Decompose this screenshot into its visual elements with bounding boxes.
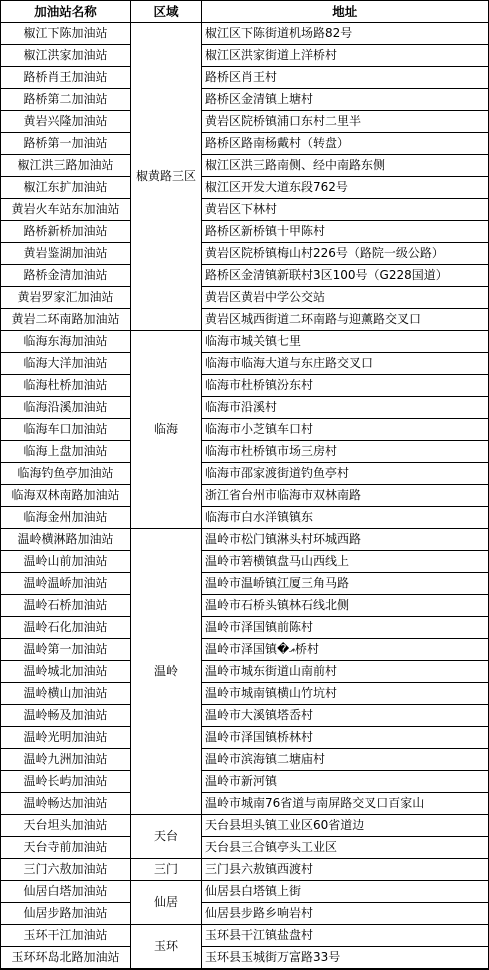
region-cell: 临海 — [131, 331, 202, 529]
station-name-cell: 临海大洋加油站 — [1, 353, 131, 375]
station-name-cell: 椒江洪家加油站 — [1, 45, 131, 67]
station-name-cell: 温岭长屿加油站 — [1, 771, 131, 793]
station-name-cell: 温岭光明加油站 — [1, 727, 131, 749]
station-name-cell: 玉环环岛北路加油站 — [1, 947, 131, 970]
station-name-cell: 三门六敖加油站 — [1, 859, 131, 881]
address-cell: 临海市沿溪村 — [202, 397, 489, 419]
table-row: 温岭城北加油站温岭市城东街道山南前村 — [1, 661, 489, 683]
station-name-cell: 天台坦头加油站 — [1, 815, 131, 837]
station-name-cell: 黄岩鉴湖加油站 — [1, 243, 131, 265]
address-cell: 温岭市城东街道山南前村 — [202, 661, 489, 683]
address-cell: 椒江区下陈街道机场路82号 — [202, 23, 489, 45]
station-name-cell: 温岭畅达加油站 — [1, 793, 131, 815]
address-cell: 温岭市温峤镇江厦三角马路 — [202, 573, 489, 595]
address-cell: 路桥区金清镇上塘村 — [202, 89, 489, 111]
address-cell: 黄岩区院桥镇梅山村226号（路院一级公路） — [202, 243, 489, 265]
table-row: 椒江下陈加油站椒黄路三区椒江区下陈街道机场路82号 — [1, 23, 489, 45]
address-cell: 路桥区路南杨戴村（转盘） — [202, 133, 489, 155]
table-row: 椒江洪家加油站椒江区洪家街道上洋桥村 — [1, 45, 489, 67]
table-row: 椒江洪三路加油站椒江区洪三路南侧、经中南路东侧 — [1, 155, 489, 177]
address-cell: 温岭市箬横镇盘马山西线上 — [202, 551, 489, 573]
address-cell: 天台县坦头镇工业区60省道边 — [202, 815, 489, 837]
table-row: 临海大洋加油站临海市临海大道与东庄路交叉口 — [1, 353, 489, 375]
region-cell: 椒黄路三区 — [131, 23, 202, 331]
table-row: 临海东海加油站临海临海市城关镇七里 — [1, 331, 489, 353]
station-name-cell: 玉环干江加油站 — [1, 925, 131, 947]
station-name-cell: 椒江东扩加油站 — [1, 177, 131, 199]
table-row: 路桥新桥加油站路桥区新桥镇十甲陈村 — [1, 221, 489, 243]
address-cell: 天台县三合镇亭头工业区 — [202, 837, 489, 859]
table-row: 黄岩鉴湖加油站黄岩区院桥镇梅山村226号（路院一级公路） — [1, 243, 489, 265]
address-cell: 椒江区洪三路南侧、经中南路东侧 — [202, 155, 489, 177]
station-name-cell: 温岭畅及加油站 — [1, 705, 131, 727]
table-row: 温岭长屿加油站温岭市新河镇 — [1, 771, 489, 793]
address-cell: 黄岩区院桥镇浦口东村二里半 — [202, 111, 489, 133]
address-cell: 路桥区新桥镇十甲陈村 — [202, 221, 489, 243]
region-cell: 玉环 — [131, 925, 202, 970]
table-row: 温岭石化加油站温岭市泽国镇前陈村 — [1, 617, 489, 639]
address-cell: 临海市临海大道与东庄路交叉口 — [202, 353, 489, 375]
station-name-cell: 温岭石化加油站 — [1, 617, 131, 639]
table-row: 仙居白塔加油站仙居仙居县白塔镇上街 — [1, 881, 489, 903]
address-cell: 三门县六敖镇西渡村 — [202, 859, 489, 881]
table-row: 临海杜桥加油站临海市杜桥镇汾东村 — [1, 375, 489, 397]
table-row: 临海上盘加油站临海市杜桥镇市场三房村 — [1, 441, 489, 463]
table-row: 临海金州加油站临海市白水洋镇镇东 — [1, 507, 489, 529]
address-cell: 临海市杜桥镇汾东村 — [202, 375, 489, 397]
header-station-name: 加油站名称 — [1, 1, 131, 23]
table-row: 温岭第一加油站温岭市泽国镇�އ桥村 — [1, 639, 489, 661]
gas-station-table: 加油站名称 区域 地址 椒江下陈加油站椒黄路三区椒江区下陈街道机场路82号椒江洪… — [0, 0, 489, 970]
header-address: 地址 — [202, 1, 489, 23]
station-name-cell: 临海杜桥加油站 — [1, 375, 131, 397]
station-name-cell: 温岭横山加油站 — [1, 683, 131, 705]
station-name-cell: 临海双林南路加油站 — [1, 485, 131, 507]
address-cell: 路桥区肖王村 — [202, 67, 489, 89]
table-row: 温岭山前加油站温岭市箬横镇盘马山西线上 — [1, 551, 489, 573]
table-row: 路桥肖王加油站路桥区肖王村 — [1, 67, 489, 89]
address-cell: 浙江省台州市临海市双林南路 — [202, 485, 489, 507]
table-row: 温岭光明加油站温岭市泽国镇桥林村 — [1, 727, 489, 749]
region-cell: 三门 — [131, 859, 202, 881]
table-row: 温岭横山加油站温岭市城南镇横山竹坑村 — [1, 683, 489, 705]
table-body: 椒江下陈加油站椒黄路三区椒江区下陈街道机场路82号椒江洪家加油站椒江区洪家街道上… — [1, 23, 489, 970]
table-row: 玉环干江加油站玉环玉环县干江镇盐盘村 — [1, 925, 489, 947]
station-name-cell: 天台寺前加油站 — [1, 837, 131, 859]
address-cell: 玉环县干江镇盐盘村 — [202, 925, 489, 947]
station-name-cell: 临海金州加油站 — [1, 507, 131, 529]
station-name-cell: 临海东海加油站 — [1, 331, 131, 353]
station-name-cell: 温岭第一加油站 — [1, 639, 131, 661]
station-name-cell: 路桥新桥加油站 — [1, 221, 131, 243]
address-cell: 临海市邵家渡街道钓鱼亭村 — [202, 463, 489, 485]
address-cell: 温岭市大溪镇塔岙村 — [202, 705, 489, 727]
table-row: 温岭畅及加油站温岭市大溪镇塔岙村 — [1, 705, 489, 727]
station-name-cell: 黄岩罗家汇加油站 — [1, 287, 131, 309]
address-cell: 温岭市城南76省道与南屏路交叉口百家山 — [202, 793, 489, 815]
station-name-cell: 临海钓鱼亭加油站 — [1, 463, 131, 485]
address-cell: 黄岩区城西街道二环南路与迎薰路交叉口 — [202, 309, 489, 331]
header-row: 加油站名称 区域 地址 — [1, 1, 489, 23]
station-name-cell: 仙居白塔加油站 — [1, 881, 131, 903]
station-name-cell: 路桥第二加油站 — [1, 89, 131, 111]
address-cell: 温岭市松门镇淋头村环城西路 — [202, 529, 489, 551]
address-cell: 温岭市泽国镇桥林村 — [202, 727, 489, 749]
station-name-cell: 路桥肖王加油站 — [1, 67, 131, 89]
table-row: 三门六敖加油站三门三门县六敖镇西渡村 — [1, 859, 489, 881]
address-cell: 临海市白水洋镇镇东 — [202, 507, 489, 529]
region-cell: 仙居 — [131, 881, 202, 925]
table-row: 临海车口加油站临海市小芝镇车口村 — [1, 419, 489, 441]
table-row: 天台寺前加油站天台县三合镇亭头工业区 — [1, 837, 489, 859]
station-name-cell: 温岭温峤加油站 — [1, 573, 131, 595]
table-row: 仙居步路加油站仙居县步路乡响岩村 — [1, 903, 489, 925]
table-row: 黄岩兴隆加油站黄岩区院桥镇浦口东村二里半 — [1, 111, 489, 133]
region-cell: 天台 — [131, 815, 202, 859]
address-cell: 路桥区金清镇新联村3区100号（G228国道） — [202, 265, 489, 287]
address-cell: 温岭市滨海镇二塘庙村 — [202, 749, 489, 771]
table-row: 椒江东扩加油站椒江区开发大道东段762号 — [1, 177, 489, 199]
station-name-cell: 路桥金清加油站 — [1, 265, 131, 287]
address-cell: 椒江区开发大道东段762号 — [202, 177, 489, 199]
table-row: 临海沿溪加油站临海市沿溪村 — [1, 397, 489, 419]
table-row: 黄岩罗家汇加油站黄岩区黄岩中学公交站 — [1, 287, 489, 309]
table-row: 路桥金清加油站路桥区金清镇新联村3区100号（G228国道） — [1, 265, 489, 287]
address-cell: 仙居县白塔镇上街 — [202, 881, 489, 903]
address-cell: 玉环县玉城街万富路33号 — [202, 947, 489, 970]
address-cell: 椒江区洪家街道上洋桥村 — [202, 45, 489, 67]
station-name-cell: 黄岩火车站东加油站 — [1, 199, 131, 221]
table-row: 路桥第二加油站路桥区金清镇上塘村 — [1, 89, 489, 111]
station-name-cell: 椒江下陈加油站 — [1, 23, 131, 45]
station-name-cell: 临海车口加油站 — [1, 419, 131, 441]
station-name-cell: 仙居步路加油站 — [1, 903, 131, 925]
station-name-cell: 温岭山前加油站 — [1, 551, 131, 573]
address-cell: 温岭市泽国镇�އ桥村 — [202, 639, 489, 661]
address-cell: 温岭市石桥头镇林石线北侧 — [202, 595, 489, 617]
address-cell: 温岭市城南镇横山竹坑村 — [202, 683, 489, 705]
table-row: 黄岩二环南路加油站黄岩区城西街道二环南路与迎薰路交叉口 — [1, 309, 489, 331]
address-cell: 黄岩区黄岩中学公交站 — [202, 287, 489, 309]
station-name-cell: 温岭九洲加油站 — [1, 749, 131, 771]
table-row: 路桥第一加油站路桥区路南杨戴村（转盘） — [1, 133, 489, 155]
table-row: 玉环环岛北路加油站玉环县玉城街万富路33号 — [1, 947, 489, 970]
header-region: 区域 — [131, 1, 202, 23]
table-row: 黄岩火车站东加油站黄岩区下林村 — [1, 199, 489, 221]
table-row: 温岭石桥加油站温岭市石桥头镇林石线北侧 — [1, 595, 489, 617]
station-name-cell: 温岭石桥加油站 — [1, 595, 131, 617]
address-cell: 黄岩区下林村 — [202, 199, 489, 221]
station-name-cell: 临海沿溪加油站 — [1, 397, 131, 419]
station-name-cell: 温岭城北加油站 — [1, 661, 131, 683]
station-name-cell: 临海上盘加油站 — [1, 441, 131, 463]
table-row: 临海双林南路加油站浙江省台州市临海市双林南路 — [1, 485, 489, 507]
table-row: 温岭横淋路加油站温岭温岭市松门镇淋头村环城西路 — [1, 529, 489, 551]
address-cell: 仙居县步路乡响岩村 — [202, 903, 489, 925]
table-row: 温岭温峤加油站温岭市温峤镇江厦三角马路 — [1, 573, 489, 595]
address-cell: 临海市杜桥镇市场三房村 — [202, 441, 489, 463]
station-name-cell: 黄岩兴隆加油站 — [1, 111, 131, 133]
station-name-cell: 黄岩二环南路加油站 — [1, 309, 131, 331]
address-cell: 临海市城关镇七里 — [202, 331, 489, 353]
table-row: 天台坦头加油站天台天台县坦头镇工业区60省道边 — [1, 815, 489, 837]
address-cell: 温岭市新河镇 — [202, 771, 489, 793]
region-cell: 温岭 — [131, 529, 202, 815]
table-row: 临海钓鱼亭加油站临海市邵家渡街道钓鱼亭村 — [1, 463, 489, 485]
station-name-cell: 椒江洪三路加油站 — [1, 155, 131, 177]
station-name-cell: 温岭横淋路加油站 — [1, 529, 131, 551]
address-cell: 温岭市泽国镇前陈村 — [202, 617, 489, 639]
address-cell: 临海市小芝镇车口村 — [202, 419, 489, 441]
station-name-cell: 路桥第一加油站 — [1, 133, 131, 155]
table-row: 温岭畅达加油站温岭市城南76省道与南屏路交叉口百家山 — [1, 793, 489, 815]
table-row: 温岭九洲加油站温岭市滨海镇二塘庙村 — [1, 749, 489, 771]
